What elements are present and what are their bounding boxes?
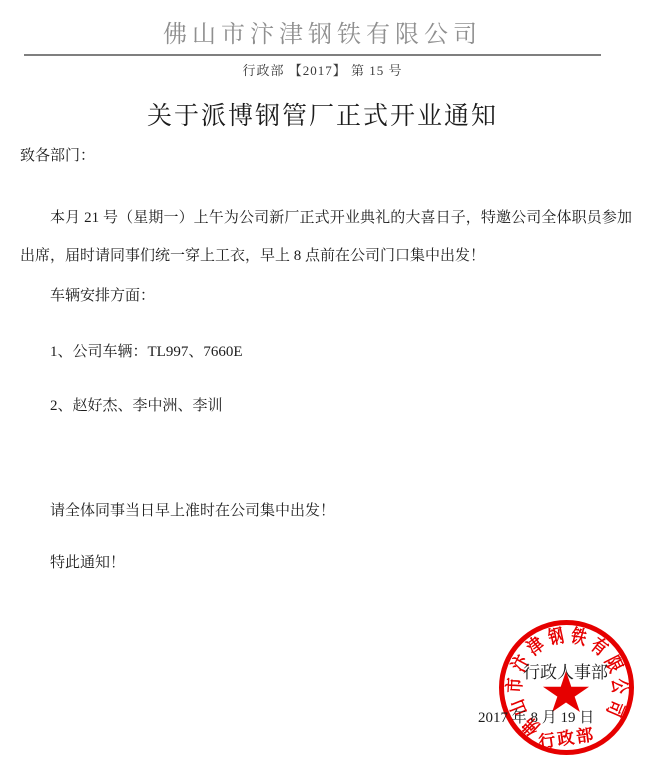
closing-note: 特此通知！	[20, 554, 632, 573]
notice-document-page: { "document": { "company_title": "佛山市汴津钢…	[0, 0, 645, 765]
reminder-line: 请全体同事当日早上准时在公司集中出发！	[20, 502, 632, 521]
vehicle-item-2: 2、赵好杰、李中洲、李训	[20, 397, 632, 416]
company-title: 佛山市汴津钢铁有限公司	[0, 14, 645, 49]
vehicle-arrangement-heading: 车辆安排方面：	[20, 287, 632, 306]
salutation: 致各部门：	[20, 147, 632, 166]
header-divider-line	[24, 54, 601, 56]
document-number-line: 行政部 【2017】 第 15 号	[0, 60, 645, 79]
vehicle-item-1: 1、公司车辆：TL997、7660E	[20, 343, 632, 362]
signature-department: 行政人事部	[523, 658, 608, 683]
official-seal: 佛山市汴津钢铁有限公司 行政部	[499, 620, 634, 755]
signature-date: 2017 年 8 月 19 日	[478, 706, 594, 727]
seal-ring-char: 公	[606, 676, 631, 696]
seal-ring-char: 钢	[544, 623, 568, 650]
body-paragraph: 本月 21 号（星期一）上午为公司新厂正式开业典礼的大喜日子，特邀公司全体职员参…	[20, 199, 632, 275]
notice-title: 关于派博钢管厂正式开业通知	[0, 96, 645, 132]
